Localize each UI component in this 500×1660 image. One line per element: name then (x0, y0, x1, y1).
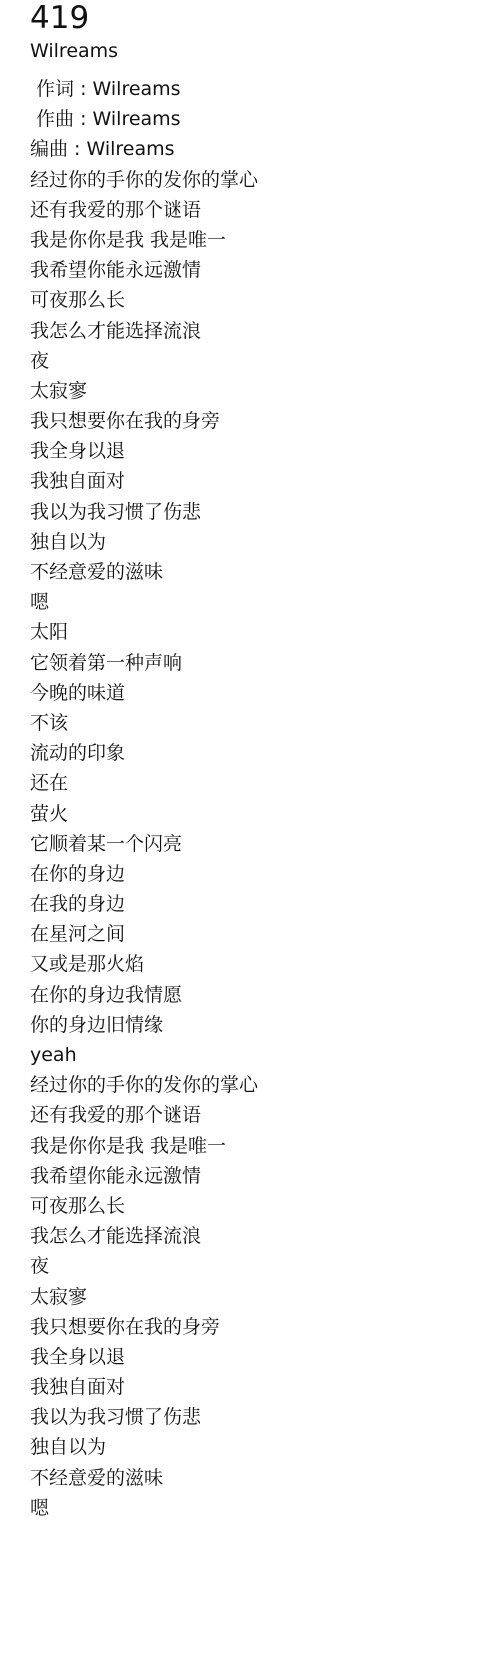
lyric-line: 独自以为 (30, 1432, 490, 1462)
lyrics-page: 419 Wilreams 作词 : Wilreams 作曲 : Wilreams… (30, 0, 490, 1523)
lyric-line: 太阳 (30, 617, 490, 647)
credit-arranger: 编曲 : Wilreams (30, 134, 490, 164)
lyric-line: 夜 (30, 1251, 490, 1281)
lyric-line: 我是你你是我 我是唯一 (30, 225, 490, 255)
lyric-line: 不该 (30, 708, 490, 738)
lyric-line: 我希望你能永远激情 (30, 255, 490, 285)
lyric-line: 太寂寥 (30, 1282, 490, 1312)
lyric-line: 在星河之间 (30, 919, 490, 949)
lyric-line: 我只想要你在我的身旁 (30, 1312, 490, 1342)
lyric-line: 太寂寥 (30, 376, 490, 406)
lyric-line: 我独自面对 (30, 1372, 490, 1402)
lyric-line: yeah (30, 1040, 490, 1070)
lyric-line: 我以为我习惯了伤悲 (30, 1402, 490, 1432)
lyric-line: 夜 (30, 346, 490, 376)
lyric-line: 它领着第一种声响 (30, 648, 490, 678)
lyric-line: 独自以为 (30, 527, 490, 557)
lyric-line: 嗯 (30, 1493, 490, 1523)
credit-lyricist: 作词 : Wilreams (30, 74, 490, 104)
credit-composer: 作曲 : Wilreams (30, 104, 490, 134)
lyric-line: 又或是那火焰 (30, 949, 490, 979)
lyric-line: 可夜那么长 (30, 1191, 490, 1221)
song-title: 419 (30, 0, 490, 36)
lyrics-list: 作词 : Wilreams 作曲 : Wilreams 编曲 : Wilream… (30, 74, 490, 1523)
lyric-line: 它顺着某一个闪亮 (30, 829, 490, 859)
lyric-line: 在我的身边 (30, 889, 490, 919)
lyric-line: 还有我爱的那个谜语 (30, 195, 490, 225)
lyric-line: 我全身以退 (30, 436, 490, 466)
lyric-line: 还在 (30, 768, 490, 798)
lyric-line: 还有我爱的那个谜语 (30, 1100, 490, 1130)
lyric-line: 经过你的手你的发你的掌心 (30, 165, 490, 195)
lyric-line: 我怎么才能选择流浪 (30, 1221, 490, 1251)
lyric-line: 不经意爱的滋味 (30, 1463, 490, 1493)
lyric-line: 在你的身边我情愿 (30, 980, 490, 1010)
lyric-line: 嗯 (30, 587, 490, 617)
lyric-line: 萤火 (30, 799, 490, 829)
lyric-line: 我全身以退 (30, 1342, 490, 1372)
lyric-line: 可夜那么长 (30, 285, 490, 315)
lyric-line: 今晚的味道 (30, 678, 490, 708)
lyric-line: 我只想要你在我的身旁 (30, 406, 490, 436)
lyric-line: 经过你的手你的发你的掌心 (30, 1070, 490, 1100)
lyric-line: 我希望你能永远激情 (30, 1161, 490, 1191)
lyric-line: 不经意爱的滋味 (30, 557, 490, 587)
lyric-line: 我是你你是我 我是唯一 (30, 1131, 490, 1161)
lyric-line: 我怎么才能选择流浪 (30, 316, 490, 346)
lyric-line: 你的身边旧情缘 (30, 1010, 490, 1040)
lyric-line: 我独自面对 (30, 466, 490, 496)
lyric-line: 流动的印象 (30, 738, 490, 768)
artist-name: Wilreams (30, 38, 490, 64)
lyric-line: 在你的身边 (30, 859, 490, 889)
lyric-line: 我以为我习惯了伤悲 (30, 497, 490, 527)
